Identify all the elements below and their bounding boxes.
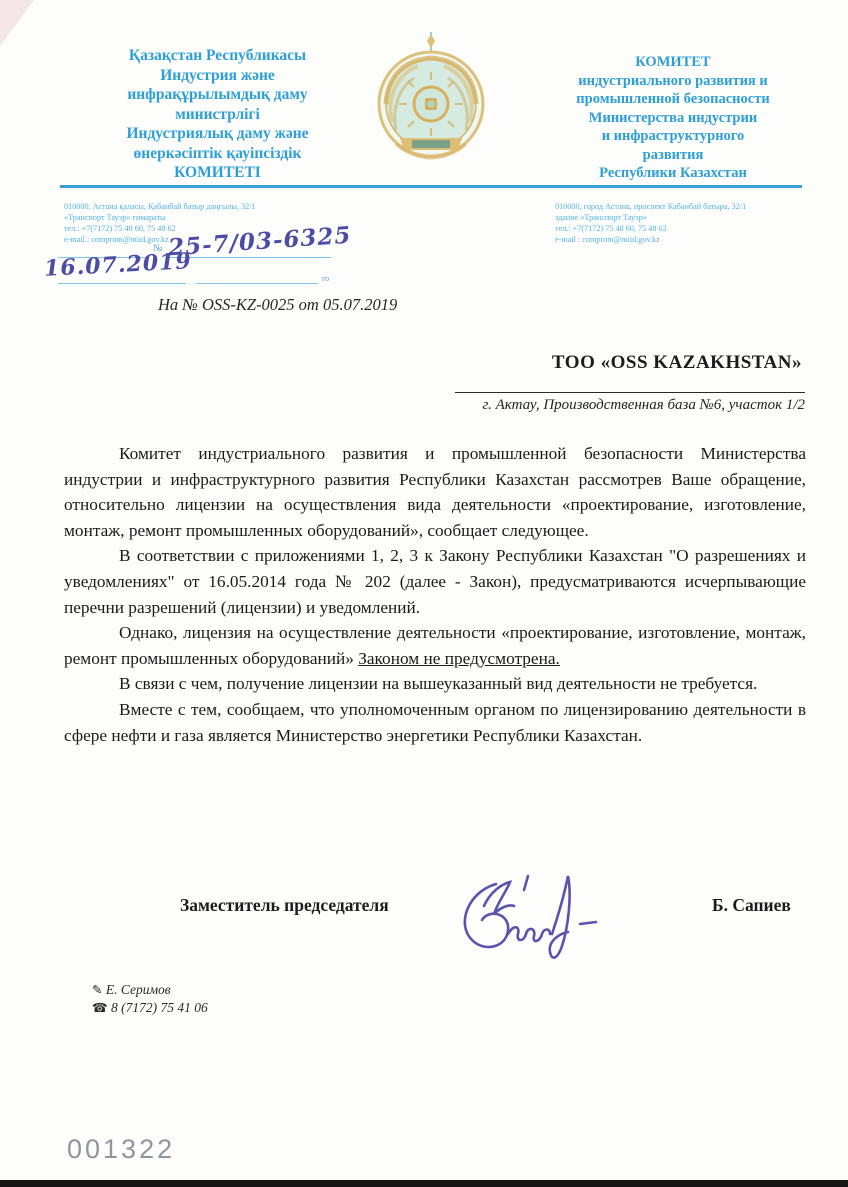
header-line: Министерства индустрии (528, 109, 818, 128)
underlined-statement: Законом не предусмотрена. (358, 649, 560, 668)
contact-line: здание «Транспорт Тауэр» (555, 212, 815, 223)
header-line: индустриального развития и (528, 72, 818, 91)
date-field-line (58, 283, 186, 284)
recipient-divider (455, 392, 805, 393)
phone-line: ☎ 8 (7172) 75 41 06 (92, 999, 208, 1017)
paragraph: В соответствии с приложениями 1, 2, 3 к … (64, 543, 806, 620)
header-line: Индустрия және (70, 66, 365, 86)
scanned-letter-page: Қазақстан Республикасы Индустрия және ин… (0, 0, 848, 1187)
pencil-icon: ✎ (92, 982, 102, 997)
header-divider (60, 185, 802, 188)
header-line: и инфраструктурного (528, 127, 818, 146)
year-suffix: го (322, 274, 329, 283)
executor-name: Е. Серимов (106, 982, 171, 997)
phone-icon: ☎ (92, 1000, 108, 1015)
handwritten-signature (448, 862, 633, 977)
blank-field-line (196, 283, 318, 284)
signer-name: Б. Сапиев (712, 895, 791, 916)
incoming-reference-line: На № OSS-KZ-0025 от 05.07.2019 (158, 295, 397, 315)
header-line: развития (528, 146, 818, 165)
header-line: Республики Казахстан (528, 164, 818, 183)
contact-line: 010000, Астана қаласы, Қабанбай батыр да… (64, 201, 364, 212)
letter-body: Комитет индустриального развития и промы… (64, 441, 806, 748)
handwritten-date: 16.07.2019 (43, 248, 192, 282)
sheet-number: 001322 (67, 1134, 175, 1165)
executor-block: ✎ Е. Серимов ☎ 8 (7172) 75 41 06 (92, 981, 208, 1016)
header-line: министрлігі (70, 105, 365, 125)
header-russian: КОМИТЕТ индустриального развития и промы… (528, 53, 818, 183)
scan-bottom-edge (0, 1180, 848, 1187)
header-line: инфрақұрылымдық даму (70, 85, 365, 105)
contact-block-russian: 010000, город Астана, проспект Кабанбай … (555, 201, 815, 245)
contact-line: «Транспорт Тауэр» ғимараты (64, 212, 364, 223)
paragraph: Вместе с тем, сообщаем, что уполномоченн… (64, 697, 806, 748)
recipient-name: ТОО «OSS KAZAKHSTAN» (400, 352, 802, 374)
header-line: Индустриялық даму және (70, 124, 365, 144)
signer-title: Заместитель председателя (180, 895, 389, 916)
contact-line: e-mail : comprom@miid.gov.kz (555, 234, 815, 245)
paragraph: Однако, лицензия на осуществление деятел… (64, 620, 806, 671)
paragraph: Комитет индустриального развития и промы… (64, 441, 806, 543)
header-line: промышленной безопасности (528, 90, 818, 109)
header-line: өнеркәсіптік қауіпсіздік (70, 144, 365, 164)
paragraph: В связи с чем, получение лицензии на выш… (64, 671, 806, 697)
executor-phone: 8 (7172) 75 41 06 (111, 1000, 208, 1015)
executor-line: ✎ Е. Серимов (92, 981, 208, 999)
header-line: КОМИТЕТІ (70, 163, 365, 183)
kazakhstan-coat-of-arms-icon (366, 26, 496, 171)
recipient-address: г. Актау, Производственная база №6, учас… (360, 397, 805, 414)
header-line: Қазақстан Республикасы (70, 46, 365, 66)
scan-edge-artifact (0, 0, 34, 46)
contact-line: 010000, город Астана, проспект Кабанбай … (555, 201, 815, 212)
header-kazakh: Қазақстан Республикасы Индустрия және ин… (70, 46, 365, 183)
contact-line: тел.: +7(7172) 75 48 60, 75 48 62 (555, 223, 815, 234)
header-line: КОМИТЕТ (528, 53, 818, 72)
